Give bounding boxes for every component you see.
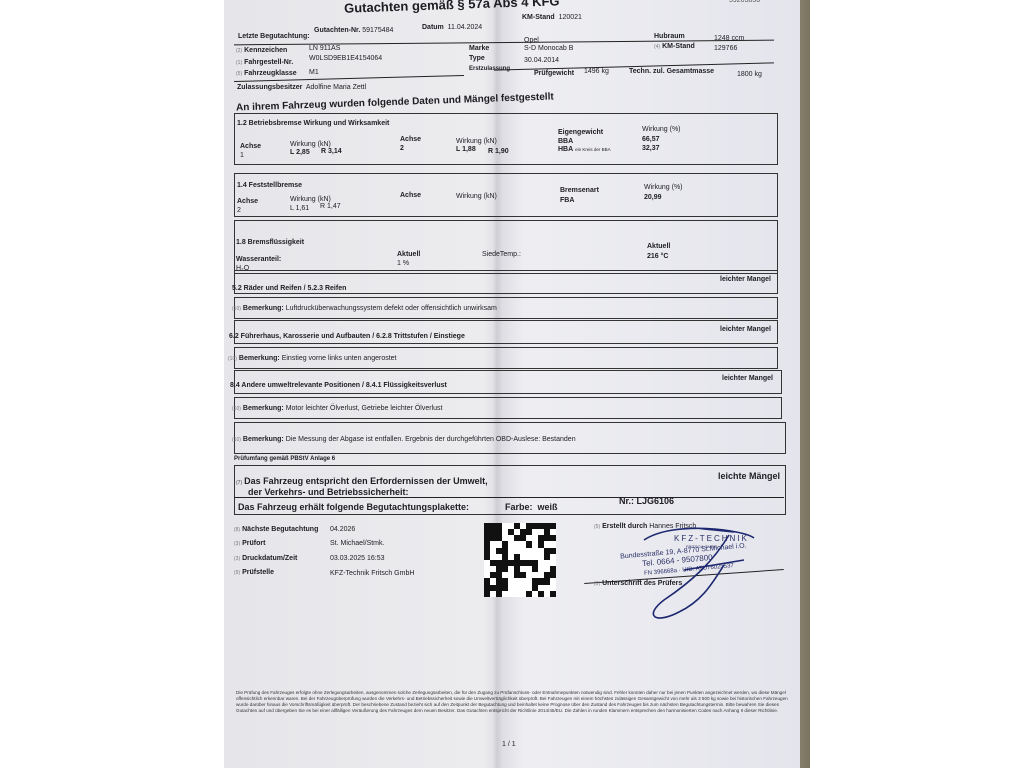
water-current-label: Aktuell (397, 251, 420, 258)
hba-note: ein Kreis der BBA (575, 147, 611, 152)
own-weight-label: Eigengewicht (558, 129, 603, 136)
test-weight-value: 1496 kg (584, 68, 609, 75)
first-reg-value: 30.04.2014 (524, 57, 559, 64)
result-line-2: der Verkehrs- und Betriebssicherheit: (248, 487, 409, 497)
sticker-color-label: Farbe: (505, 502, 533, 512)
sticker-number: LJG6106 (637, 496, 675, 506)
defect-2-severity: leichter Mangel (720, 326, 771, 333)
vin-value: W0LSD9EB1E4154064 (309, 55, 382, 62)
make-label: Marke (469, 45, 489, 52)
hba-value: 32,37 (642, 145, 660, 152)
brake-type-label: Bremsenart (560, 187, 599, 194)
vin-label: Fahrgestell-Nr. (244, 59, 293, 66)
place-value: St. Michael/Stmk. (330, 540, 384, 547)
next-inspection-value: 04.2026 (330, 526, 355, 533)
pb-effect-header: Wirkung (kN) (290, 196, 331, 203)
km-value: 129766 (714, 45, 737, 52)
water-label: Wasseranteil: (236, 256, 281, 263)
plate-label: Kennzeichen (244, 47, 287, 54)
make-value: Opel (524, 37, 539, 44)
axle-1: 1 (240, 152, 244, 159)
result-line-1: Das Fahrzeug entspricht den Erforderniss… (244, 476, 488, 486)
defect-1-title: 5.2 Räder und Reifen / 5.2.3 Reifen (232, 285, 346, 292)
max-mass-label: Techn. zul. Gesamtmasse (629, 68, 714, 75)
sticker-label: Das Fahrzeug erhält folgende Begutachtun… (238, 502, 469, 512)
class-value: M1 (309, 69, 319, 76)
page-number: 1 / 1 (502, 741, 516, 748)
fba-value: 20,99 (644, 194, 662, 201)
owner-label: Zulassungsbesitzer (237, 84, 302, 91)
result-verdict: leichte Mängel (718, 471, 780, 481)
type-label: Type (469, 55, 485, 62)
inspection-scope: Prüfumfang gemäß PBStV Anlage 6 (234, 456, 335, 462)
owner-value: Adolfine Maria Zettl (306, 84, 366, 91)
bba-value: 66,57 (642, 136, 660, 143)
pb-axle-header-2: Achse (400, 192, 421, 199)
report-no-label: Gutachten-Nr. (314, 27, 360, 34)
axle-2: 2 (400, 145, 404, 152)
axle-2-left: L 1,88 (456, 146, 476, 153)
axle-1-right: R 3,14 (321, 148, 342, 155)
plate-value: LN 911AS (309, 45, 340, 52)
fba-label: FBA (560, 197, 574, 204)
axle-1-left: L 2,85 (290, 149, 310, 156)
report-no: 59175484 (362, 27, 393, 34)
parking-brake-title: 1.4 Feststellbremse (237, 182, 302, 189)
displacement-value: 1248 ccm (714, 35, 744, 42)
pb-axle: 2 (237, 207, 241, 214)
test-weight-label: Prüfgewicht (534, 70, 574, 77)
sticker-color: weiß (538, 502, 558, 512)
km-label: KM-Stand (662, 43, 695, 50)
boil-value: 216 °C (647, 253, 668, 260)
type-value: S-D Monocab B (524, 45, 573, 52)
signature-icon (634, 520, 764, 620)
brake-fluid-title: 1.8 Bremsflüssigkeit (236, 239, 304, 246)
brake-fluid-section (234, 220, 778, 274)
boil-current-label: Aktuell (647, 243, 670, 250)
defect-3-title: 8.4 Andere umweltrelevante Positionen / … (230, 382, 447, 389)
defect-3-remark: Motor leichter Ölverlust, Getriebe leich… (286, 405, 443, 412)
qr-code (484, 523, 556, 597)
last-km-label: KM-Stand (522, 14, 555, 21)
bba-label: BBA (558, 138, 573, 145)
defect-2-title: 6.2 Führerhaus, Karosserie und Aufbauten… (229, 333, 465, 340)
pb-pct-header: Wirkung (%) (644, 184, 683, 191)
sticker-number-label: Nr.: (619, 496, 634, 506)
defect-3-severity: leichter Mangel (722, 375, 773, 382)
inspection-report-page: Gutachten gemäß § 57a Abs 4 KFG 59203856… (224, 0, 800, 768)
axle-header-2: Achse (400, 136, 421, 143)
pb-left: L 1,61 (290, 205, 309, 212)
effect-pct-header: Wirkung (%) (642, 126, 681, 133)
axle-header: Achse (240, 143, 261, 150)
boil-label: SiedeTemp.: (482, 251, 521, 258)
pb-axle-header: Achse (237, 198, 258, 205)
water-value: 1 % (397, 260, 409, 267)
next-inspection-label: Nächste Begutachtung (242, 526, 318, 533)
effect-header-2: Wirkung (kN) (456, 138, 497, 145)
findings-heading: An ihrem Fahrzeug wurden folgende Daten … (236, 91, 554, 113)
pb-effect-header-2: Wirkung (kN) (456, 193, 497, 200)
hba-label: HBA (558, 146, 573, 153)
effect-header: Wirkung (kN) (290, 141, 331, 148)
last-date: 11.04.2024 (448, 24, 483, 31)
max-mass-value: 1800 kg (737, 71, 762, 78)
station-value: KFZ-Technik Fritsch GmbH (330, 570, 414, 577)
service-brake-title: 1.2 Betriebsbremse Wirkung und Wirksamke… (237, 120, 389, 127)
defect-1-severity: leichter Mangel (720, 276, 771, 283)
class-label: Fahrzeugklasse (244, 70, 297, 77)
date-label: Datum (422, 24, 444, 31)
place-label: Prüfort (242, 540, 265, 547)
parking-brake-section (234, 173, 778, 217)
exhaust-remark: Die Messung der Abgase ist entfallen. Er… (286, 436, 576, 443)
station-label: Prüfstelle (242, 569, 274, 576)
defect-2-remark: Einstieg vorne links unten angerostet (282, 355, 397, 362)
last-inspection-label: Letzte Begutachtung: (238, 33, 310, 40)
disclaimer-text: Die Prüfung des Fahrzeuges erfolgte ohne… (236, 690, 796, 714)
last-km: 120021 (559, 14, 582, 21)
displacement-label: Hubraum (654, 33, 685, 40)
pb-right: R 1,47 (320, 203, 341, 210)
print-date-value: 03.03.2025 16:53 (330, 555, 385, 562)
defect-2-row (234, 320, 778, 344)
remark-label: Bemerkung: (243, 305, 284, 312)
print-date-label: Druckdatum/Zeit (242, 555, 297, 562)
defect-1-remark: Luftdrucküberwachungssystem defekt oder … (286, 305, 497, 312)
document-number: 59203856 (729, 0, 760, 4)
axle-2-right: R 1,90 (488, 148, 509, 155)
